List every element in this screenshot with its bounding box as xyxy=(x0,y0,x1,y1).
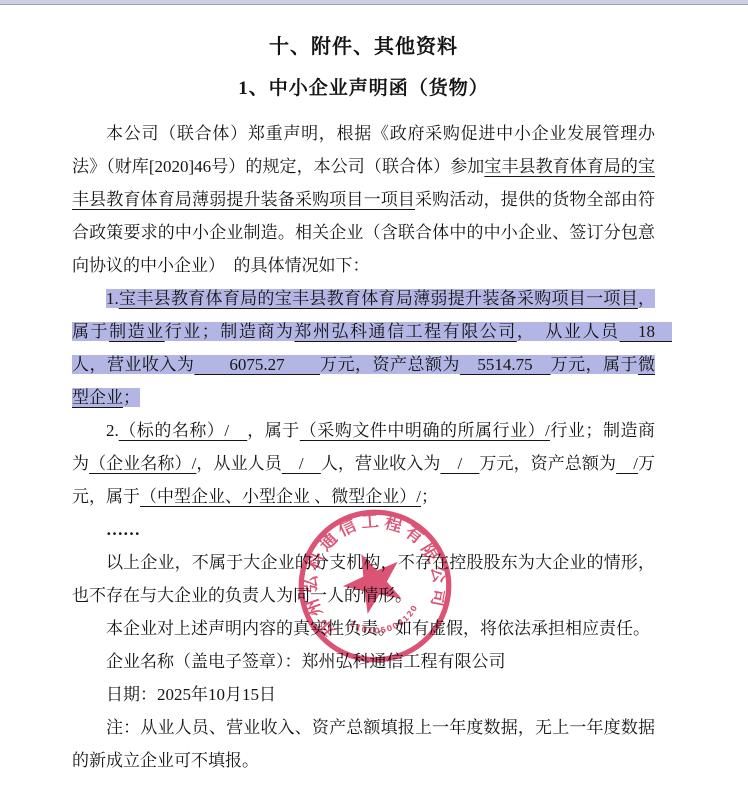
enterprise-item-2-template: 2.（标的名称）/ ，属于（采购文件中明确的所属行业）/行业；制造商为（企业名称… xyxy=(72,414,655,513)
document-page: 十、附件、其他资料 1、中小企业声明函（货物） 本公司（联合体）郑重声明，根据《… xyxy=(0,5,748,777)
note-line: 注：从业人员、营业收入、资产总额填报上一年度数据，无上一年度数据的新成立企业可不… xyxy=(72,711,655,777)
date-line: 日期：2025年10月15日 xyxy=(72,678,655,711)
ellipsis-line: …… xyxy=(72,513,655,546)
statement-responsibility: 本企业对上述声明内容的真实性负责。如有虚假，将依法承担相应责任。 xyxy=(72,612,655,645)
company-name-line: 企业名称（盖电子签章）：郑州弘科通信工程有限公司 xyxy=(72,645,655,678)
enterprise-item-1-selected-text: 1.宝丰县教育体育局的宝丰县教育体育局薄弱提升装备采购项目一项目，属于制造业行业… xyxy=(72,282,655,414)
intro-paragraph: 本公司（联合体）郑重声明，根据《政府采购促进中小企业发展管理办法》（财库[202… xyxy=(72,117,655,282)
section-title: 十、附件、其他资料 xyxy=(72,30,655,59)
statement-no-large-enterprise: 以上企业，不属于大企业的分支机构，不存在控股股东为大企业的情形，也不存在与大企业… xyxy=(72,546,655,612)
doc-title: 1、中小企业声明函（货物） xyxy=(72,73,655,100)
